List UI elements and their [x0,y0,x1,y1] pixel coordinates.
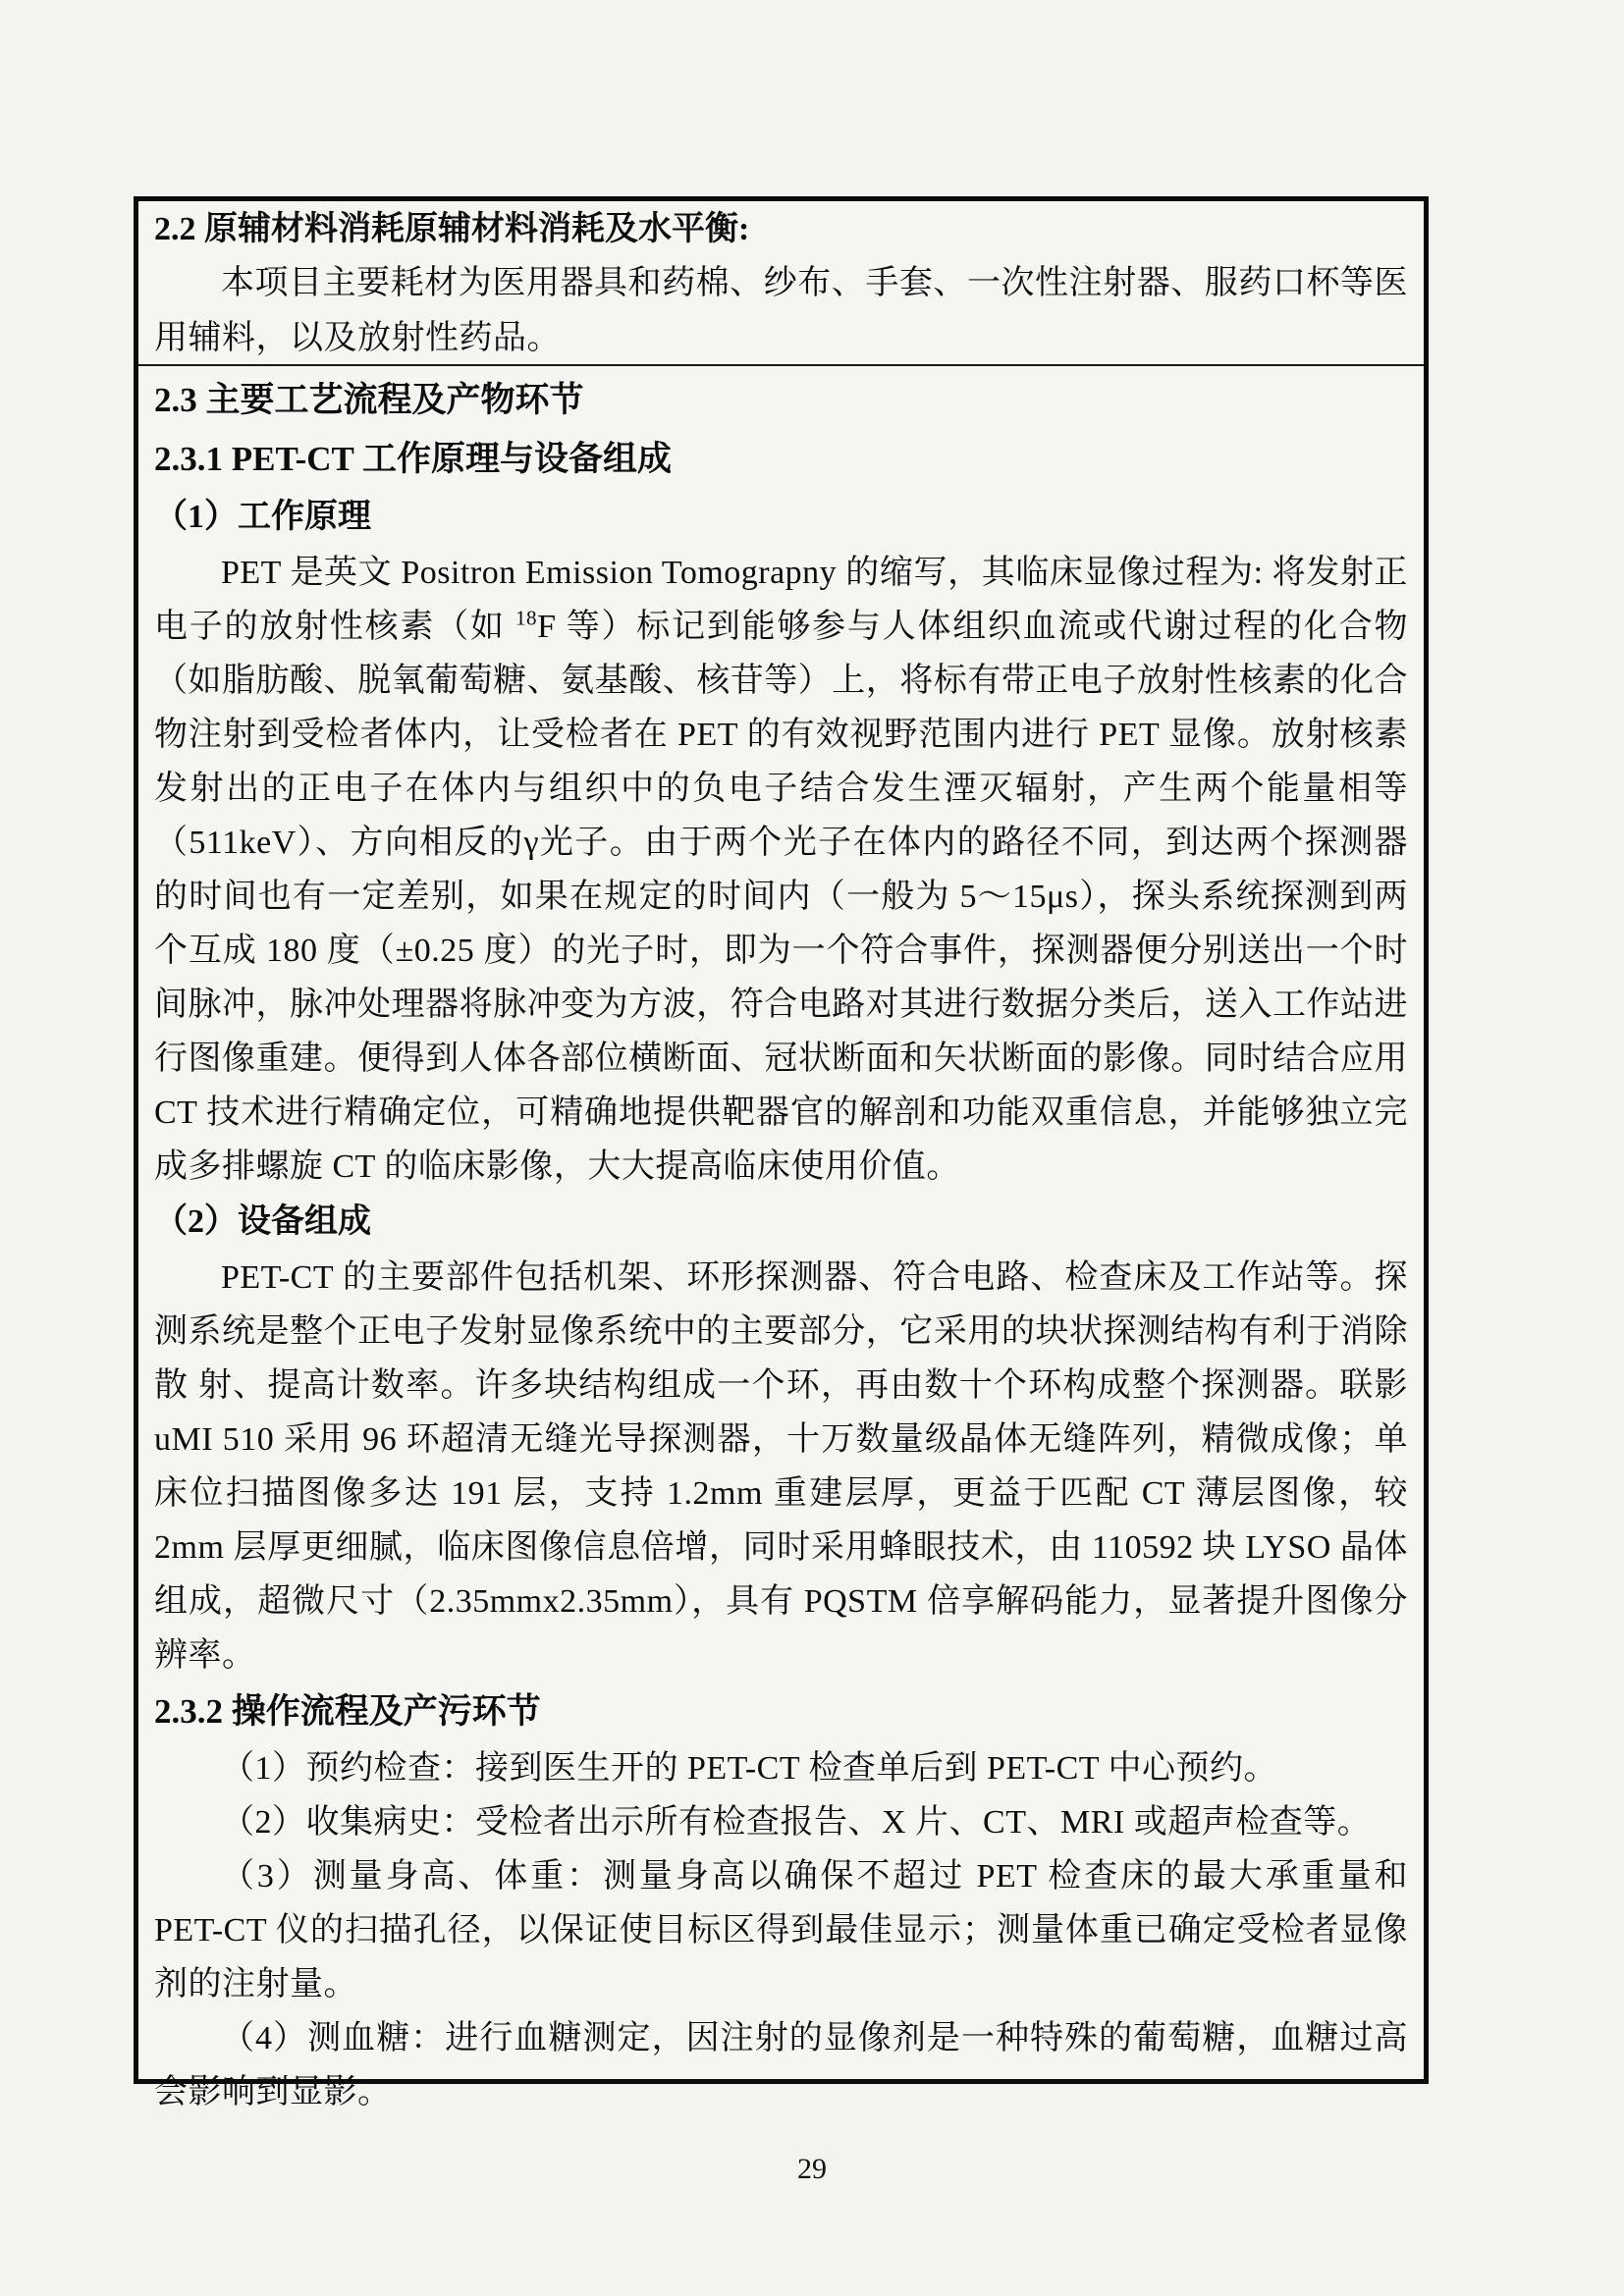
section-2-2-paragraph: 本项目主要耗材为医用器具和药棉、纱布、手套、一次性注射器、服药口杯等医用辅料，以… [154,256,1408,366]
procedure-item-2: （2）收集病史：受检者出示所有检查报告、X 片、CT、MRI 或超声检查等。 [154,1795,1408,1849]
document-page: 2.2 原辅材料消耗原辅材料消耗及水平衡: 本项目主要耗材为医用器具和药棉、纱布… [0,0,1624,2296]
working-principle-heading: （1）工作原理 [154,489,1408,546]
procedure-item-4: （4）测血糖：进行血糖测定，因注射的显像剂是一种特殊的葡萄糖，血糖过高会影响到显… [154,2011,1408,2119]
superscript-18f: 18 [515,607,537,630]
page-number: 29 [0,2150,1624,2189]
section-2-3: 2.3 主要工艺流程及产物环节 2.3.1 PET-CT 工作原理与设备组成 （… [138,366,1424,2119]
paragraph-text-after-superscript: F 等）标记到能够参与人体组织血流或代谢过程的化合物（如脂肪酸、脱氧葡萄糖、氨基… [154,609,1408,1185]
document-table: 2.2 原辅材料消耗原辅材料消耗及水平衡: 本项目主要耗材为医用器具和药棉、纱布… [134,196,1429,2084]
section-2-3-1-heading: 2.3.1 PET-CT 工作原理与设备组成 [154,430,1408,489]
equipment-composition-paragraph: PET-CT 的主要部件包括机架、环形探测器、符合电路、检查床及工作站等。探测系… [154,1251,1408,1682]
section-2-3-2-heading: 2.3.2 操作流程及产污环节 [154,1682,1408,1741]
working-principle-paragraph: PET 是英文 Positron Emission Tomograpny 的缩写… [154,546,1408,1194]
procedure-item-1: （1）预约检查：接到医生开的 PET-CT 检查单后到 PET-CT 中心预约。 [154,1741,1408,1795]
section-2-3-heading: 2.3 主要工艺流程及产物环节 [154,371,1408,430]
procedure-item-3: （3）测量身高、体重：测量身高以确保不超过 PET 检查床的最大承重量和 PET… [154,1849,1408,2011]
section-2-2: 2.2 原辅材料消耗原辅材料消耗及水平衡: 本项目主要耗材为医用器具和药棉、纱布… [138,201,1424,366]
equipment-composition-heading: （2）设备组成 [154,1194,1408,1251]
section-2-2-heading: 2.2 原辅材料消耗原辅材料消耗及水平衡: [154,203,1408,256]
